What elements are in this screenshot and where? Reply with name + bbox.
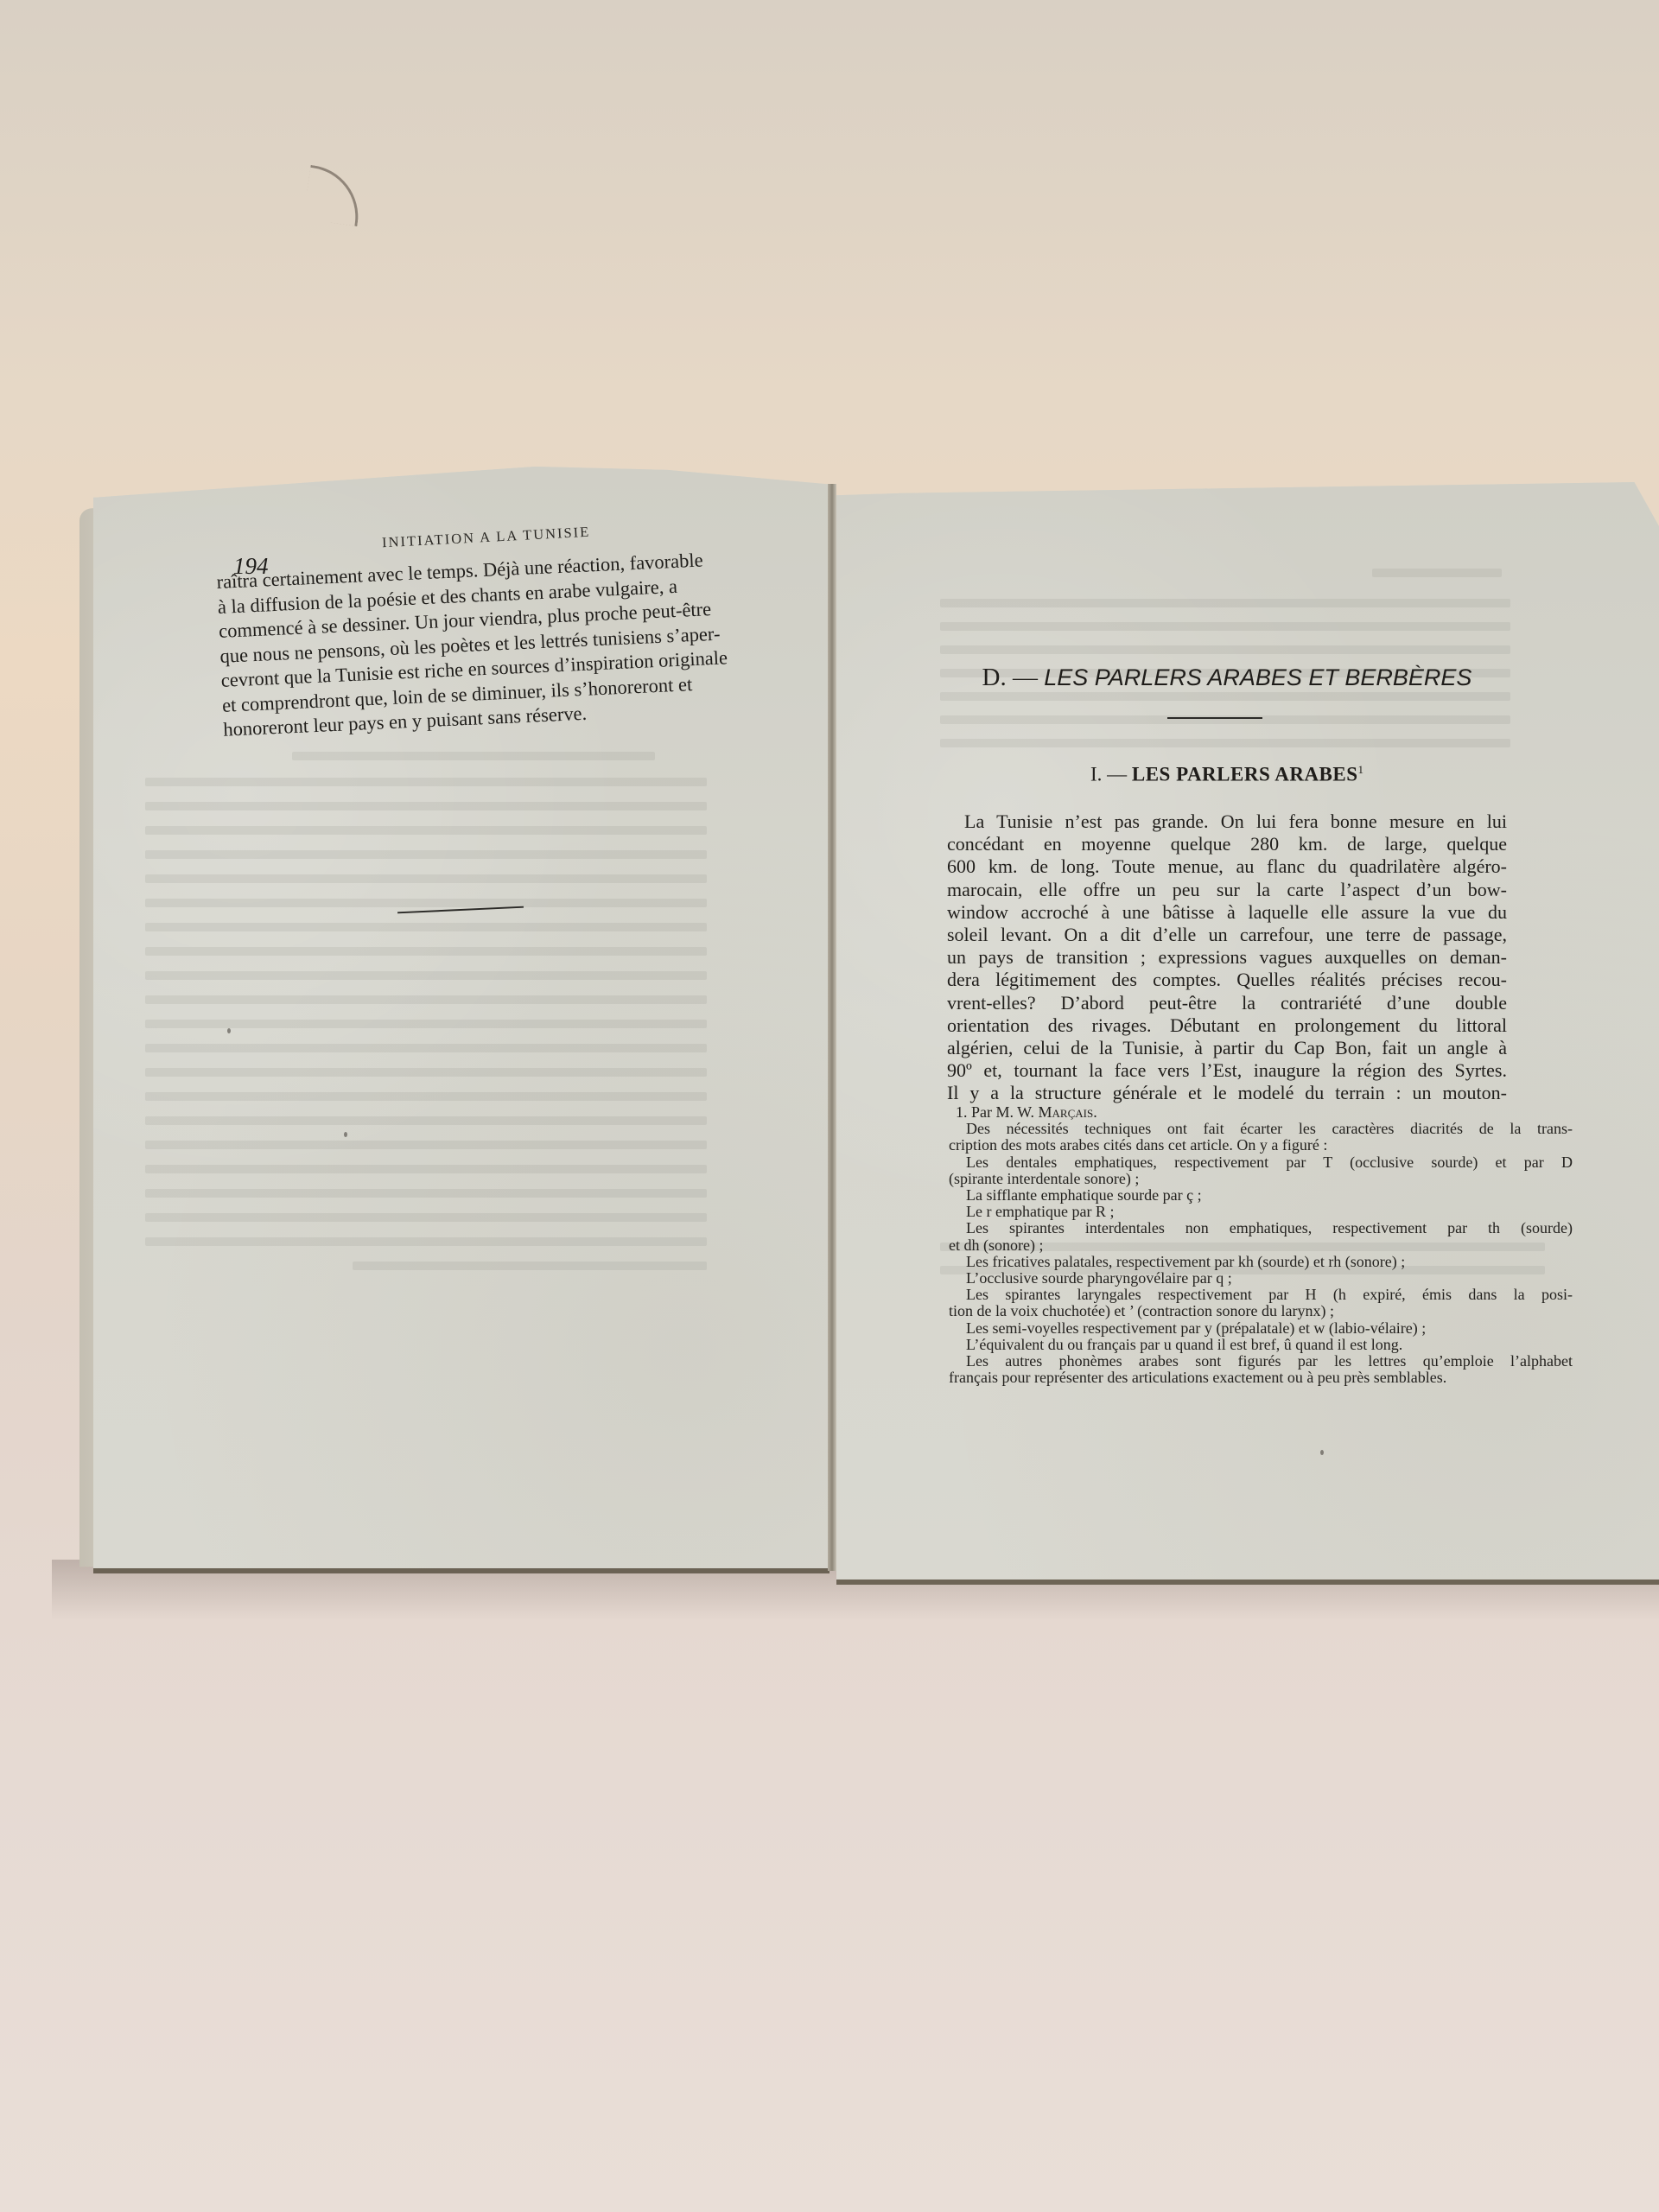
bleed-through-line [145, 1237, 707, 1246]
text-line: 600 km. de long. Toute menue, au flanc d… [947, 855, 1507, 878]
text-line: dera légitimement des comptes. Quelles r… [947, 969, 1507, 991]
bleed-through-line [940, 622, 1510, 631]
section-title-text: LES PARLERS ARABES ET BERBÈRES [1044, 664, 1471, 690]
footnote-line: Les autres phonèmes arabes sont figurés … [949, 1353, 1573, 1370]
footnote-line: Le r emphatique par R ; [949, 1204, 1573, 1220]
text-line: Il y a la structure générale et le model… [947, 1082, 1507, 1104]
footnote-line: Les fricatives palatales, respectivement… [949, 1254, 1573, 1270]
text-line: marocain, elle offre un peu sur la carte… [947, 879, 1507, 901]
footnote-line: et dh (sonore) ; [949, 1237, 1573, 1254]
bleed-through-line [145, 1068, 707, 1077]
footnote-line: tion de la voix chuchotée) et ’ (contrac… [949, 1303, 1573, 1319]
bleed-through-line [145, 1116, 707, 1125]
hair-on-table [303, 165, 365, 226]
bleed-through-line [145, 923, 707, 931]
book-gutter [828, 484, 836, 1571]
bleed-through-line [940, 599, 1510, 607]
footnote-line: Les spirantes laryngales respectivement … [949, 1287, 1573, 1303]
bleed-through-line [145, 971, 707, 980]
bleed-through-line [145, 1213, 707, 1222]
paper-speck [344, 1132, 347, 1137]
text-line: un pays de transition ; expressions vagu… [947, 946, 1507, 969]
title-rule [1167, 717, 1262, 719]
subsection-title-text: LES PARLERS ARABES [1132, 764, 1358, 785]
footnote-block: 1. Par M. W. Marçais. Des nécessités tec… [949, 1104, 1573, 1386]
footnote-line: Les spirantes interdentales non emphatiq… [949, 1220, 1573, 1236]
footnote-number: 1. Par M. W. [956, 1103, 1034, 1121]
text-line: concédant en moyenne quelque 280 km. de … [947, 833, 1507, 855]
text-line: orientation des rivages. Débutant en pro… [947, 1014, 1507, 1037]
text-line: 90º et, tournant la face vers l’Est, ina… [947, 1059, 1507, 1082]
bleed-through-line [940, 692, 1510, 701]
bleed-through-line [353, 1262, 707, 1270]
footnote-line: Les dentales emphatiques, respectivement… [949, 1154, 1573, 1171]
bleed-through-line [145, 802, 707, 810]
bleed-through-line [145, 1165, 707, 1173]
footnote-mark: 1 [1358, 763, 1364, 776]
bleed-through-line [145, 1020, 707, 1028]
section-prefix: D. — [982, 664, 1038, 691]
bleed-through-line [145, 899, 707, 907]
bleed-through-line [145, 874, 707, 883]
footnote-author-name: Marçais. [1039, 1103, 1097, 1121]
text-line: La Tunisie n’est pas grande. On lui fera… [947, 810, 1507, 833]
paper-speck [1320, 1450, 1324, 1455]
footnote-line: français pour représenter des articulati… [949, 1370, 1573, 1386]
bleed-through-line [145, 850, 707, 859]
bleed-through-line [292, 752, 655, 760]
bleed-through-line [145, 1141, 707, 1149]
bleed-through-line [145, 778, 707, 786]
footnote-line: L’équivalent du ou français par u quand … [949, 1337, 1573, 1353]
footnote-line: L’occlusive sourde pharyngovélaire par q… [949, 1270, 1573, 1287]
footnote-line: Les semi-voyelles respectivement par y (… [949, 1320, 1573, 1337]
text-line: window accroché à une bâtisse à laquelle… [947, 901, 1507, 924]
text-line: soleil levant. On a dit d’elle un carref… [947, 924, 1507, 946]
bleed-through-line [145, 1189, 707, 1198]
subsection-prefix: I. — [1090, 764, 1127, 785]
text-line: algérien, celui de la Tunisie, à partir … [947, 1037, 1507, 1059]
paper-speck [227, 1028, 231, 1033]
bleed-through-line [145, 995, 707, 1004]
bleed-through-line [145, 947, 707, 956]
bleed-through-line [145, 1044, 707, 1052]
footnote-author: 1. Par M. W. Marçais. [949, 1104, 1573, 1121]
bleed-through-line [145, 1092, 707, 1101]
right-page-paragraph: La Tunisie n’est pas grande. On lui fera… [947, 810, 1507, 1105]
left-page-paragraph: raîtra certainement avec le temps. Déjà … [216, 546, 759, 742]
footnote-line: Des nécessités techniques ont fait écart… [949, 1121, 1573, 1137]
footnote-line: cription des mots arabes cités dans cet … [949, 1137, 1573, 1154]
bleed-through-line [145, 826, 707, 835]
footnote-line: (spirante interdentale sonore) ; [949, 1171, 1573, 1187]
footnote-line: La sifflante emphatique sourde par ç ; [949, 1187, 1573, 1204]
text-line: vrent-elles? D’abord peut-être la contra… [947, 992, 1507, 1014]
bleed-through-line [940, 645, 1510, 654]
section-title: D. — LES PARLERS ARABES ET BERBÈRES [942, 664, 1512, 692]
subsection-title: I. — LES PARLERS ARABES1 [942, 763, 1512, 786]
bleed-through-running-head [1372, 569, 1502, 577]
bleed-through-line [940, 739, 1510, 747]
